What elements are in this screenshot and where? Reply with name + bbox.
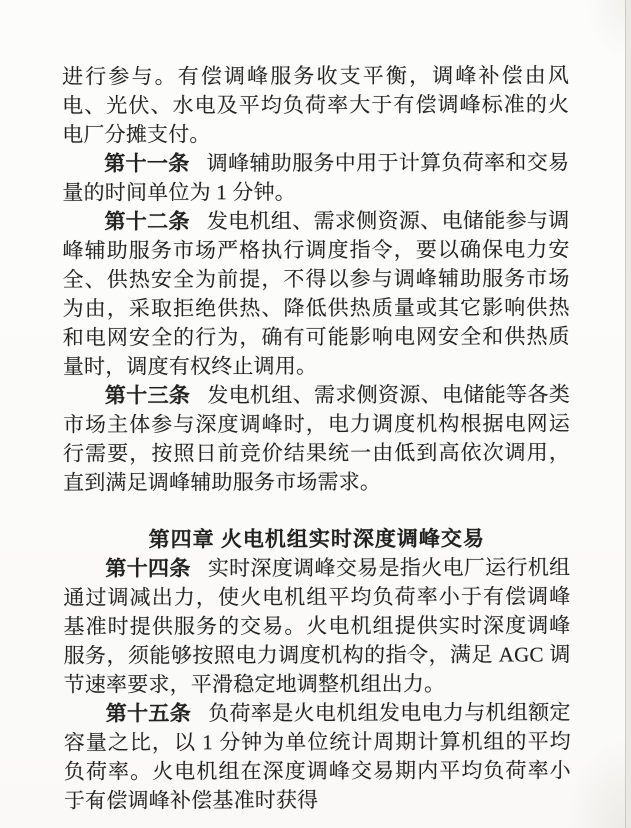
article-14-label: 第十四条 bbox=[105, 556, 190, 580]
paragraph-article-12: 第十二条 发电机组、需求侧资源、电储能参与调峰辅助服务市场严格执行调度指令，要以… bbox=[62, 206, 569, 381]
paragraph-article-11: 第十一条 调峰辅助服务中用于计算负荷率和交易量的时间单位为 1 分钟。 bbox=[62, 148, 569, 207]
article-12-text: 发电机组、需求侧资源、电储能参与调峰辅助服务市场严格执行调度指令，要以确保电力安… bbox=[62, 208, 569, 378]
article-15-label: 第十五条 bbox=[106, 701, 191, 725]
paragraph-continuation: 进行参与。有偿调峰服务收支平衡，调峰补偿由风电、光伏、水电及平均负荷率大于有偿调… bbox=[62, 61, 569, 149]
paragraph-article-13: 第十三条 发电机组、需求侧资源、电储能等各类市场主体参与深度调峰时，电力调度机构… bbox=[63, 380, 570, 497]
scan-corner-shade-bottom bbox=[565, 738, 625, 828]
document-page: 进行参与。有偿调峰服务收支平衡，调峰补偿由风电、光伏、水电及平均负荷率大于有偿调… bbox=[0, 0, 631, 828]
article-11-label: 第十一条 bbox=[104, 151, 189, 175]
scan-edge-shadow bbox=[625, 0, 631, 828]
paragraph-article-14: 第十四条 实时深度调峰交易是指火电厂运行机组通过调减出力，使火电机组平均负荷率小… bbox=[63, 553, 570, 699]
paragraph-article-15: 第十五条 负荷率是火电机组发电电力与机组额定容量之比，以 1 分钟为单位统计周期… bbox=[64, 698, 571, 815]
scan-corner-shade-top bbox=[585, 0, 625, 60]
page-body-text: 进行参与。有偿调峰服务收支平衡，调峰补偿由风电、光伏、水电及平均负荷率大于有偿调… bbox=[62, 61, 571, 815]
chapter-4-heading: 第四章 火电机组实时深度调峰交易 bbox=[63, 524, 570, 554]
article-12-label: 第十二条 bbox=[104, 209, 189, 233]
article-13-label: 第十三条 bbox=[105, 383, 190, 407]
page-number: - 4 - bbox=[76, 796, 119, 812]
paragraph-continuation-text: 进行参与。有偿调峰服务收支平衡，调峰补偿由风电、光伏、水电及平均负荷率大于有偿调… bbox=[62, 63, 569, 146]
